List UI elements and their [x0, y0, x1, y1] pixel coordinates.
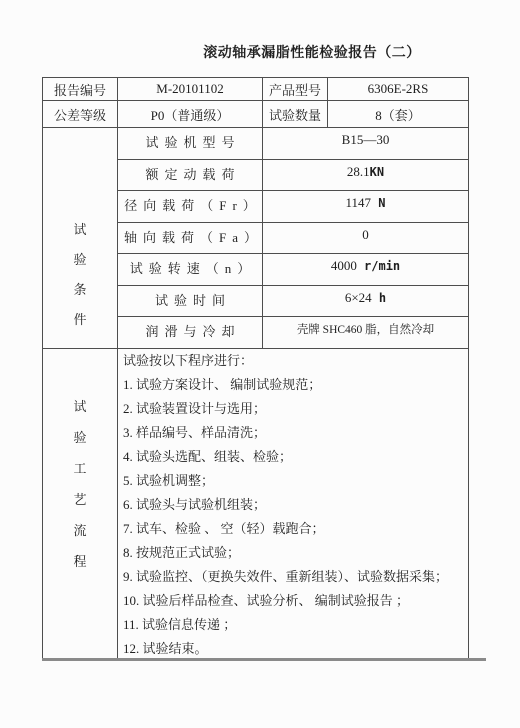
condition-row: 试验转速（n） 4000 r/min	[118, 254, 468, 286]
report-no-label: 报告编号	[43, 78, 118, 100]
condition-value: B15—30	[263, 128, 468, 159]
condition-value-text: 4000	[331, 258, 357, 273]
process-step: 11. 试验信息传递 ；	[123, 613, 464, 637]
condition-label: 轴向载荷（Fa）	[118, 223, 263, 254]
condition-label: 试验机型号	[118, 128, 263, 159]
test-quantity-label: 试验数量	[263, 101, 328, 127]
condition-row: 润滑与冷却 壳牌 SHC460 脂，自然冷却	[118, 317, 468, 348]
test-conditions-rows: 试验机型号 B15—30 额定动载荷 28.1KN 径向载荷（Fr） 1147 …	[118, 128, 468, 348]
condition-row: 轴向载荷（Fa） 0	[118, 223, 468, 255]
header-row-2: 公差等级 P0（普通级） 试验数量 8（套）	[43, 101, 468, 128]
condition-value-text: 1147	[346, 195, 372, 210]
test-quantity-value: 8（套）	[328, 101, 468, 127]
process-step: 6. 试验头与试验机组装；	[123, 493, 464, 517]
condition-value: 1147 N	[263, 191, 468, 222]
process-step: 8. 按规范正式试验；	[123, 541, 464, 565]
condition-value-text: 28.1	[347, 164, 370, 179]
process-step: 1. 试验方案设计、 编制试验规范；	[123, 373, 464, 397]
condition-label: 润滑与冷却	[118, 317, 263, 348]
table-bottom-rule	[42, 658, 486, 661]
test-conditions-section-cell: 试验条件	[43, 128, 118, 348]
condition-row: 径向载荷（Fr） 1147 N	[118, 191, 468, 223]
condition-value: 4000 r/min	[263, 254, 468, 285]
test-process-section: 试验工艺流程 试验按以下程序进行： 1. 试验方案设计、 编制试验规范； 2. …	[43, 349, 468, 659]
report-page: 滚动轴承漏脂性能检验报告（二） 报告编号 M-20101102 产品型号 630…	[0, 0, 520, 728]
condition-row: 额定动载荷 28.1KN	[118, 160, 468, 192]
product-model-value: 6306E-2RS	[328, 78, 468, 100]
condition-value-text: B15—30	[342, 132, 390, 147]
process-step: 3. 样品编号、样品清洗；	[123, 421, 464, 445]
condition-value: 28.1KN	[263, 160, 468, 191]
test-conditions-section: 试验条件 试验机型号 B15—30 额定动载荷 28.1KN 径向载荷（Fr） …	[43, 128, 468, 349]
tolerance-grade-value: P0（普通级）	[118, 101, 263, 127]
condition-value: 0	[263, 223, 468, 254]
condition-unit-text: N	[371, 196, 385, 210]
condition-label: 试验转速（n）	[118, 254, 263, 285]
process-step: 2. 试验装置设计与选用；	[123, 397, 464, 421]
page-title: 滚动轴承漏脂性能检验报告（二）	[104, 42, 520, 62]
condition-label: 额定动载荷	[118, 160, 263, 191]
report-table: 报告编号 M-20101102 产品型号 6306E-2RS 公差等级 P0（普…	[42, 77, 469, 660]
process-step: 5. 试验机调整；	[123, 469, 464, 493]
condition-unit-text: r/min	[357, 259, 400, 273]
condition-label: 径向载荷（Fr）	[118, 191, 263, 222]
condition-unit-text: KN	[370, 165, 384, 179]
tolerance-grade-label: 公差等级	[43, 101, 118, 127]
test-process-steps: 试验按以下程序进行： 1. 试验方案设计、 编制试验规范； 2. 试验装置设计与…	[118, 349, 468, 659]
condition-value: 6×24 h	[263, 286, 468, 317]
process-step: 9. 试验监控、（更换失效件、重新组装）、试验数据采集；	[123, 565, 464, 589]
test-process-section-label: 试验工艺流程	[72, 391, 88, 577]
process-step: 4. 试验头选配、组装、检验；	[123, 445, 464, 469]
condition-value: 壳牌 SHC460 脂，自然冷却	[263, 317, 468, 348]
condition-unit-text: h	[372, 291, 386, 305]
condition-value-text: 0	[362, 227, 369, 242]
condition-row: 试验时间 6×24 h	[118, 286, 468, 318]
condition-label: 试验时间	[118, 286, 263, 317]
process-step: 7. 试车、检验 、 空（轻）载跑合；	[123, 517, 464, 541]
process-step: 12. 试验结束。	[123, 637, 464, 659]
condition-value-text: 6×24	[345, 290, 372, 305]
report-no-value: M-20101102	[118, 78, 263, 100]
condition-value-text: 壳牌 SHC460 脂，自然冷却	[297, 324, 434, 336]
test-conditions-section-label: 试验条件	[72, 215, 88, 335]
process-step: 10. 试验后样品检查、试验分析、 编制试验报告 ；	[123, 589, 464, 613]
condition-row: 试验机型号 B15—30	[118, 128, 468, 160]
process-intro: 试验按以下程序进行：	[123, 349, 464, 373]
product-model-label: 产品型号	[263, 78, 328, 100]
test-process-section-cell: 试验工艺流程	[43, 349, 118, 659]
header-row-1: 报告编号 M-20101102 产品型号 6306E-2RS	[43, 78, 468, 101]
